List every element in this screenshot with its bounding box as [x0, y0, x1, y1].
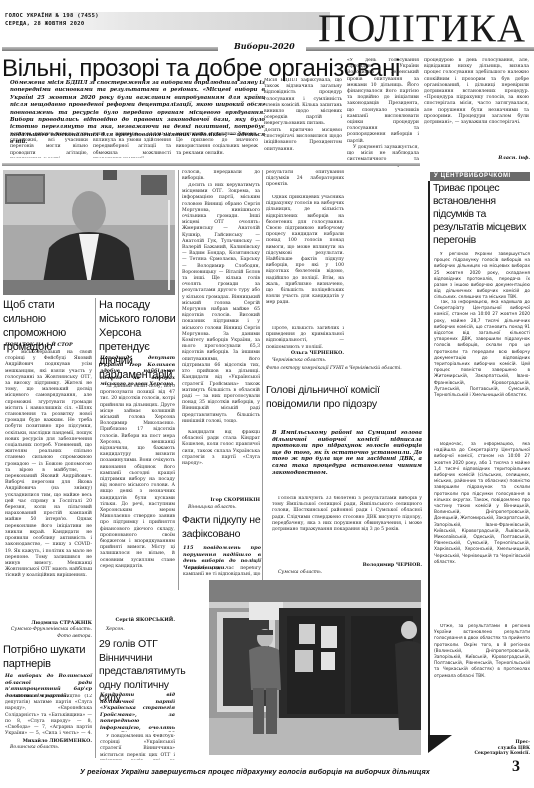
story-6-place: Сумська область.: [278, 570, 428, 575]
lead-headline: Вільні, прозорі та добре організовані: [2, 55, 302, 83]
masthead-info: ГОЛОС УКРАЇНИ № 198 (7455) СЕРЕДА, 28 ЖО…: [5, 12, 99, 28]
lead-bottom-rule: [2, 163, 420, 166]
right-col-body-2: Проте, кількість загиблих і приведення д…: [266, 326, 344, 348]
story-6-body: Голосів налічують 33 бюлетені з результа…: [272, 496, 422, 560]
right-col-byline: Ольга ЧЕРНЕНКО.: [266, 350, 344, 356]
lead-credit: Власн. інф.: [470, 155, 530, 161]
story-2-body: Найбільше представництво (12 депутатів) …: [5, 694, 92, 736]
story-3-body: За даними екзит-полу, його прогнозувати …: [100, 384, 175, 616]
sidebar-label: У ЦЕНТРВИБОРЧКОМІ: [430, 172, 530, 181]
lead-col-7: процедурою в день голосування, але, відв…: [424, 58, 529, 155]
header-rule-left: [2, 47, 218, 51]
lead-col-2: Утім, пандемія COVID-19 вплинула на умов…: [93, 132, 171, 158]
story-3-place: Херсон.: [106, 627, 181, 632]
story-1-kicker: ПОЧАТОК НА 1-Й СТОР: [5, 342, 73, 348]
date-line: СЕРЕДА, 28 ЖОВТНЯ 2020: [5, 20, 99, 28]
sidebar-fold-corner: [428, 735, 452, 753]
right-col-photo-credit: Фото сектору комунікації ГУНП в Чернігів…: [266, 366, 426, 371]
lead-col-1: Усталені виборчі комісії були спроможні,…: [10, 132, 88, 158]
header-rule-right: [306, 47, 534, 51]
column-divider-1: [95, 298, 96, 758]
polling-station-image: [209, 580, 421, 755]
story-1-body: У міськотеразькій на своїй сторінці у Фе…: [5, 350, 92, 618]
right-col-body: Однак прикінцевих учасника підрахунку го…: [266, 195, 344, 325]
footer-teaser: У регіонах України завершується процес п…: [80, 767, 430, 776]
story-3-byline: Сергій ЯКОРСЬКИЙ.: [100, 617, 175, 623]
story-1-byline: Людмила СТРАЖНІК: [5, 620, 92, 626]
middle-col-continue: Кандидати від фракції обласної ради стал…: [182, 430, 260, 496]
story-2-byline: Михайло ЛЮБИМЕНКО.: [5, 738, 92, 744]
page-number: 3: [512, 758, 520, 776]
sidebar-headline: Триває процес встановлення підсумків та …: [433, 182, 531, 247]
middle-col-place: Вінницька область.: [188, 505, 266, 510]
section-title: ПОЛІТИКА: [318, 6, 526, 51]
right-col-top: результати опитування підсумків 24 лабор…: [266, 170, 344, 192]
issue-line: ГОЛОС УКРАЇНИ № 198 (7455): [5, 12, 99, 20]
lead-col-3: масштабних агітаційних заходів. Це призв…: [176, 132, 258, 158]
story-6-byline: Володимир ЧЕРНОВ.: [272, 562, 422, 568]
story-5-headline: Факти підкупу не зафіксовано: [182, 514, 272, 541]
middle-col-top: голосів, передавали до виборців.: [182, 170, 260, 182]
sidebar-body-3: Водночас, за інформацією, яка надійшла д…: [434, 442, 530, 622]
story-6-headline: Голові дільничної комісії повідомили про…: [266, 383, 426, 411]
rubric-kicker: Вибори-2020: [234, 41, 295, 51]
lead-col-6: «У день голосування Президент України Во…: [347, 58, 419, 170]
story-6-deck: В Ямпільському районі на Сумщині голова …: [272, 430, 422, 476]
story-1-place: Сумсько-Фрунзенівська область.: [5, 627, 92, 632]
story-3-deck: Народний депутат України Ігор Колихаєв з…: [100, 355, 175, 388]
polling-station-photo: [209, 580, 421, 755]
story-4-body: У повідомленні на Фейсбук-сторінці «Укра…: [100, 734, 175, 760]
middle-col-byline: Ігор СКОРИНКІН: [182, 497, 260, 503]
story-4-deck: Кандидати від політичної партії «Українс…: [100, 692, 175, 732]
story-5-body: Гадаю, під час перебігу кампанії не ті в…: [183, 566, 261, 580]
middle-col-body: Досить із них керуватимуть місцевими ОТГ…: [182, 183, 260, 429]
lead-col-5: Досить критично місцевої спостерігачі ви…: [264, 128, 342, 158]
sidebar-body-4: Отже, за результатами 8 регіонів України…: [434, 624, 530, 736]
sidebar-body-2: Так, за інформацією, яка надійшла до Сек…: [434, 300, 530, 440]
sidebar-body-1: У регіонах України завершується процес п…: [434, 252, 530, 298]
portrait-photo-image: [3, 170, 175, 295]
column-divider-2: [178, 170, 179, 590]
portrait-photo: [3, 170, 175, 295]
story-2-headline: Потрібно шукати партнерів: [3, 643, 93, 671]
right-col-place: Чернігівська область.: [272, 358, 350, 363]
story-2-place: Волинська область.: [10, 745, 97, 750]
story-1-photo-credit: Фото автора.: [5, 634, 92, 639]
